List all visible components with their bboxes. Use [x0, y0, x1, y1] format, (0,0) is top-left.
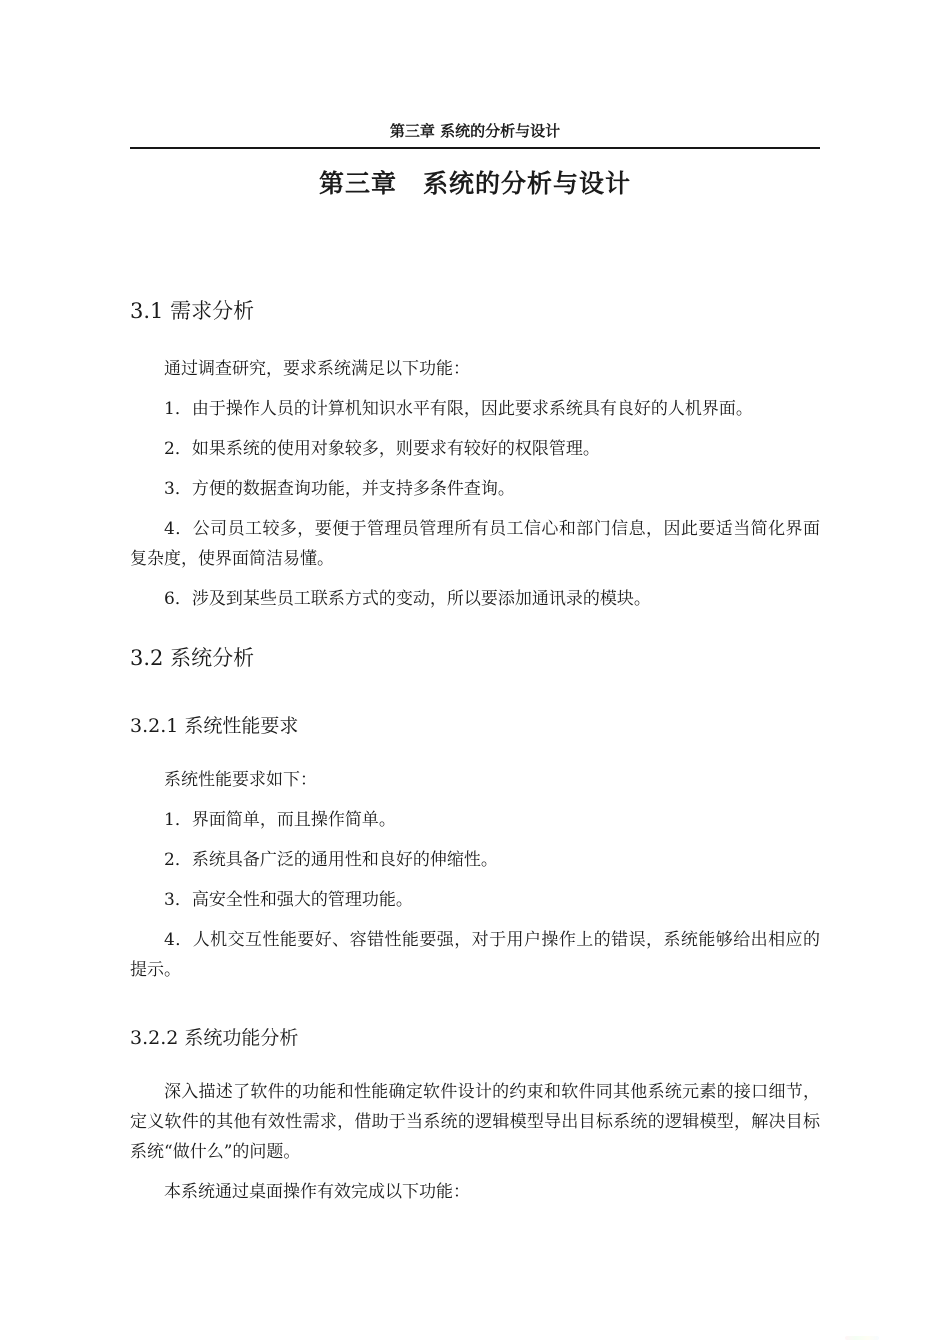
- requirement-item-1: 1．由于操作人员的计算机知识水平有限，因此要求系统具有良好的人机界面。: [130, 394, 820, 424]
- requirement-item-4: 4．公司员工较多，要便于管理员管理所有员工信心和部门信息，因此要适当简化界面复杂…: [130, 514, 820, 574]
- paragraph-function-intro: 本系统通过桌面操作有效完成以下功能：: [130, 1177, 820, 1207]
- paragraph-intro-3-1: 通过调查研究，要求系统满足以下功能：: [130, 354, 820, 384]
- performance-item-3: 3．高安全性和强大的管理功能。: [130, 885, 820, 915]
- requirement-item-3: 3．方便的数据查询功能，并支持多条件查询。: [130, 474, 820, 504]
- section-heading-3-2: 3.2 系统分析: [130, 644, 820, 673]
- watermark-smudge: [845, 1336, 879, 1340]
- subsection-heading-3-2-1: 3.2.1 系统性能要求: [130, 713, 820, 739]
- requirement-item-2: 2．如果系统的使用对象较多，则要求有较好的权限管理。: [130, 434, 820, 464]
- paragraph-function-analysis: 深入描述了软件的功能和性能确定软件设计的约束和软件同其他系统元素的接口细节，定义…: [130, 1077, 820, 1167]
- performance-item-1: 1．界面简单，而且操作简单。: [130, 805, 820, 835]
- paragraph-intro-3-2-1: 系统性能要求如下：: [130, 765, 820, 795]
- document-page: 第三章 系统的分析与设计 第三章 系统的分析与设计 3.1 需求分析 通过调查研…: [0, 0, 950, 1344]
- performance-item-4: 4．人机交互性能要好、容错性能要强，对于用户操作上的错误，系统能够给出相应的提示…: [130, 925, 820, 985]
- performance-item-2: 2．系统具备广泛的通用性和良好的伸缩性。: [130, 845, 820, 875]
- running-header-text: 第三章 系统的分析与设计: [130, 121, 820, 141]
- requirement-item-6: 6．涉及到某些员工联系方式的变动，所以要添加通讯录的模块。: [130, 584, 820, 614]
- subsection-heading-3-2-2: 3.2.2 系统功能分析: [130, 1025, 820, 1051]
- document-body: 3.1 需求分析 通过调查研究，要求系统满足以下功能： 1．由于操作人员的计算机…: [130, 297, 820, 1207]
- chapter-title: 第三章 系统的分析与设计: [130, 167, 820, 201]
- running-header: 第三章 系统的分析与设计: [130, 0, 820, 149]
- section-heading-3-1: 3.1 需求分析: [130, 297, 820, 326]
- header-rule: [130, 147, 820, 149]
